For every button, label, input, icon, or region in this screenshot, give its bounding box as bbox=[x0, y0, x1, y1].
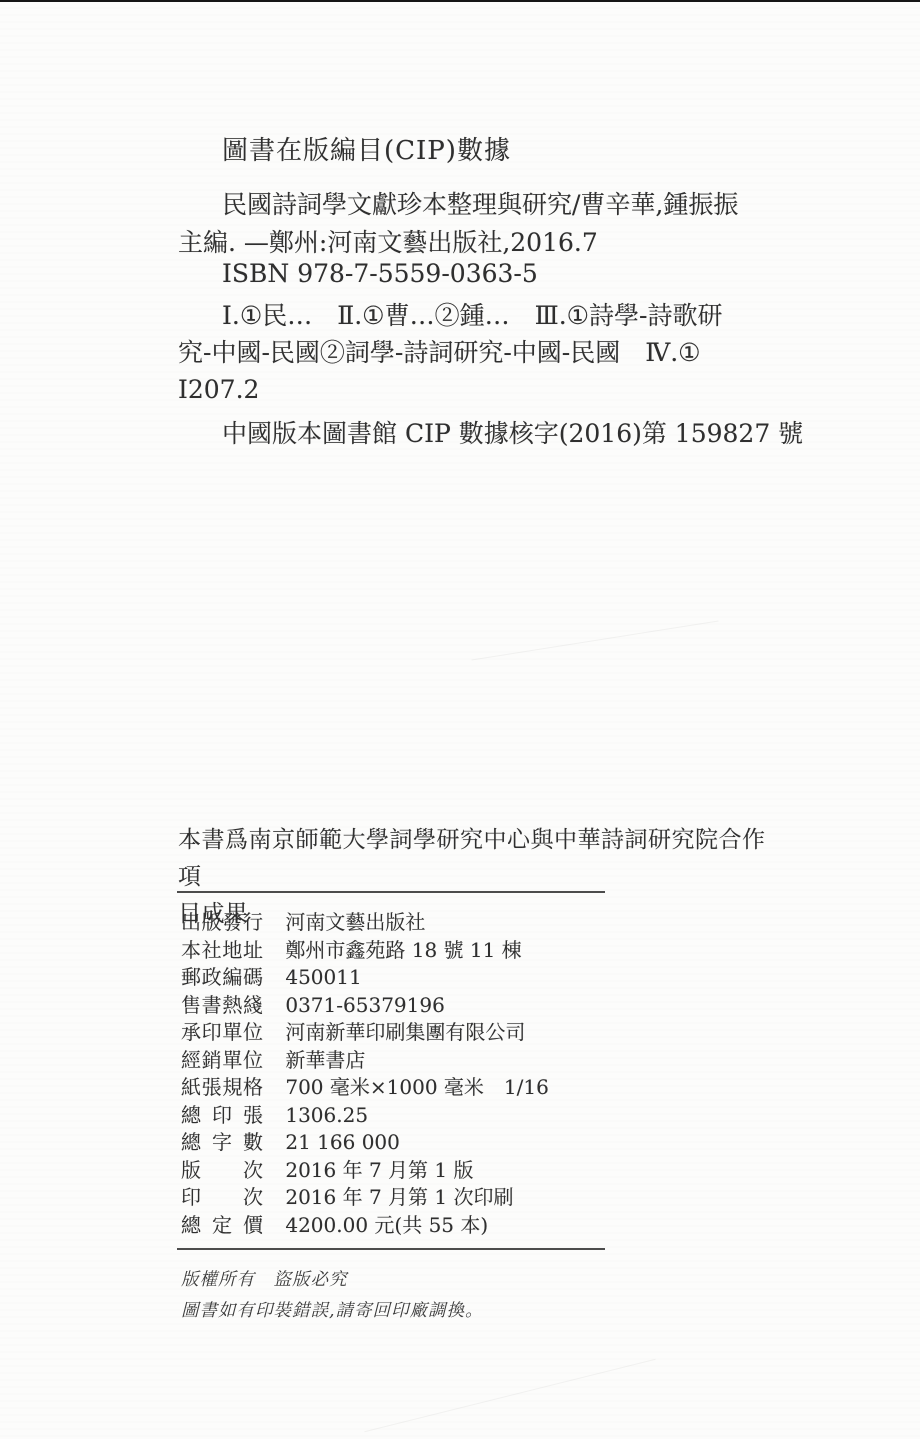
cip-entry-line2: 主編. —鄭州:河南文藝出版社,2016.7 bbox=[178, 224, 778, 262]
cip-record-number: 中國版本圖書館 CIP 數據核字(2016)第 159827 號 bbox=[178, 414, 803, 450]
colophon-row: 售書熱綫 0371-65379196 bbox=[181, 992, 549, 1020]
colophon-row: 紙張規格 700 毫米×1000 毫米 1/16 bbox=[181, 1074, 549, 1102]
paper-crease bbox=[364, 1359, 655, 1433]
colophon-row: 承印單位 河南新華印刷集團有限公司 bbox=[181, 1019, 549, 1047]
colophon-label: 出版發行 bbox=[181, 909, 263, 937]
colophon-label: 總 字 數 bbox=[181, 1129, 263, 1157]
project-note-line1: 本書爲南京師範大學詞學研究中心與中華詩詞研究院合作項 bbox=[178, 822, 788, 896]
colophon-value: 21 166 000 bbox=[285, 1129, 400, 1157]
colophon-label: 郵政編碼 bbox=[181, 964, 263, 992]
colophon-value: 河南新華印刷集團有限公司 bbox=[285, 1019, 525, 1047]
book-copyright-page: 圖書在版編目(CIP)數據 民國詩詞學文獻珍本整理與研究/曹辛華,鍾振振 主編.… bbox=[0, 0, 920, 1439]
colophon-row: 版 次 2016 年 7 月第 1 版 bbox=[181, 1157, 549, 1185]
paper-crease bbox=[471, 620, 718, 660]
cip-entry: 民國詩詞學文獻珍本整理與研究/曹辛華,鍾振振 主編. —鄭州:河南文藝出版社,2… bbox=[178, 186, 778, 262]
colophon-label: 紙張規格 bbox=[181, 1074, 263, 1102]
return-notice: 圖書如有印裝錯誤,請寄回印廠調換。 bbox=[181, 1296, 484, 1327]
colophon-value: 700 毫米×1000 毫米 1/16 bbox=[285, 1074, 548, 1102]
copyright-notice: 版權所有 盜版必究 bbox=[181, 1265, 484, 1296]
colophon-row: 總 字 數 21 166 000 bbox=[181, 1129, 549, 1157]
divider-rule-top bbox=[177, 891, 605, 893]
colophon-value: 0371-65379196 bbox=[285, 992, 444, 1020]
colophon-value: 2016 年 7 月第 1 次印刷 bbox=[285, 1184, 513, 1212]
cip-entry-line1: 民國詩詞學文獻珍本整理與研究/曹辛華,鍾振振 bbox=[178, 186, 778, 224]
colophon-row: 印 次 2016 年 7 月第 1 次印刷 bbox=[181, 1184, 549, 1212]
classification-line3: I207.2 bbox=[178, 371, 788, 408]
colophon-row: 出版發行 河南文藝出版社 bbox=[181, 909, 549, 937]
colophon-label: 本社地址 bbox=[181, 937, 263, 965]
colophon-value: 450011 bbox=[285, 964, 361, 992]
colophon-row: 郵政編碼 450011 bbox=[181, 964, 549, 992]
classification-line2: 究-中國-民國②詞學-詩詞研究-中國-民國 Ⅳ.① bbox=[178, 334, 788, 371]
colophon-row: 總 印 張 1306.25 bbox=[181, 1102, 549, 1130]
copyright-block: 版權所有 盜版必究 圖書如有印裝錯誤,請寄回印廠調換。 bbox=[181, 1265, 484, 1327]
colophon-row: 經銷單位 新華書店 bbox=[181, 1047, 549, 1075]
colophon-value: 1306.25 bbox=[285, 1102, 368, 1130]
colophon-label: 總 印 張 bbox=[181, 1102, 263, 1130]
colophon-label: 印 次 bbox=[181, 1184, 263, 1212]
colophon-table: 出版發行 河南文藝出版社 本社地址 鄭州市鑫苑路 18 號 11 棟 郵政編碼 … bbox=[181, 909, 549, 1239]
colophon-value: 2016 年 7 月第 1 版 bbox=[285, 1157, 473, 1185]
colophon-value: 鄭州市鑫苑路 18 號 11 棟 bbox=[285, 937, 521, 965]
colophon-value: 新華書店 bbox=[285, 1047, 365, 1075]
cip-header: 圖書在版編目(CIP)數據 bbox=[178, 130, 511, 167]
colophon-value: 4200.00 元(共 55 本) bbox=[285, 1212, 488, 1240]
colophon-label: 經銷單位 bbox=[181, 1047, 263, 1075]
colophon-label: 版 次 bbox=[181, 1157, 263, 1185]
divider-rule-bottom bbox=[177, 1248, 605, 1250]
classification-line1: Ⅰ.①民… Ⅱ.①曹…②鍾… Ⅲ.①詩學-詩歌研 bbox=[178, 297, 788, 334]
colophon-label: 總 定 價 bbox=[181, 1212, 263, 1240]
colophon-label: 承印單位 bbox=[181, 1019, 263, 1047]
colophon-label: 售書熱綫 bbox=[181, 992, 263, 1020]
scan-edge-artifact bbox=[0, 0, 920, 2]
cip-classification: Ⅰ.①民… Ⅱ.①曹…②鍾… Ⅲ.①詩學-詩歌研 究-中國-民國②詞學-詩詞研究… bbox=[178, 297, 788, 408]
colophon-row: 本社地址 鄭州市鑫苑路 18 號 11 棟 bbox=[181, 937, 549, 965]
colophon-row: 總 定 價 4200.00 元(共 55 本) bbox=[181, 1212, 549, 1240]
colophon-value: 河南文藝出版社 bbox=[285, 909, 425, 937]
isbn-line: ISBN 978-7-5559-0363-5 bbox=[178, 259, 538, 288]
